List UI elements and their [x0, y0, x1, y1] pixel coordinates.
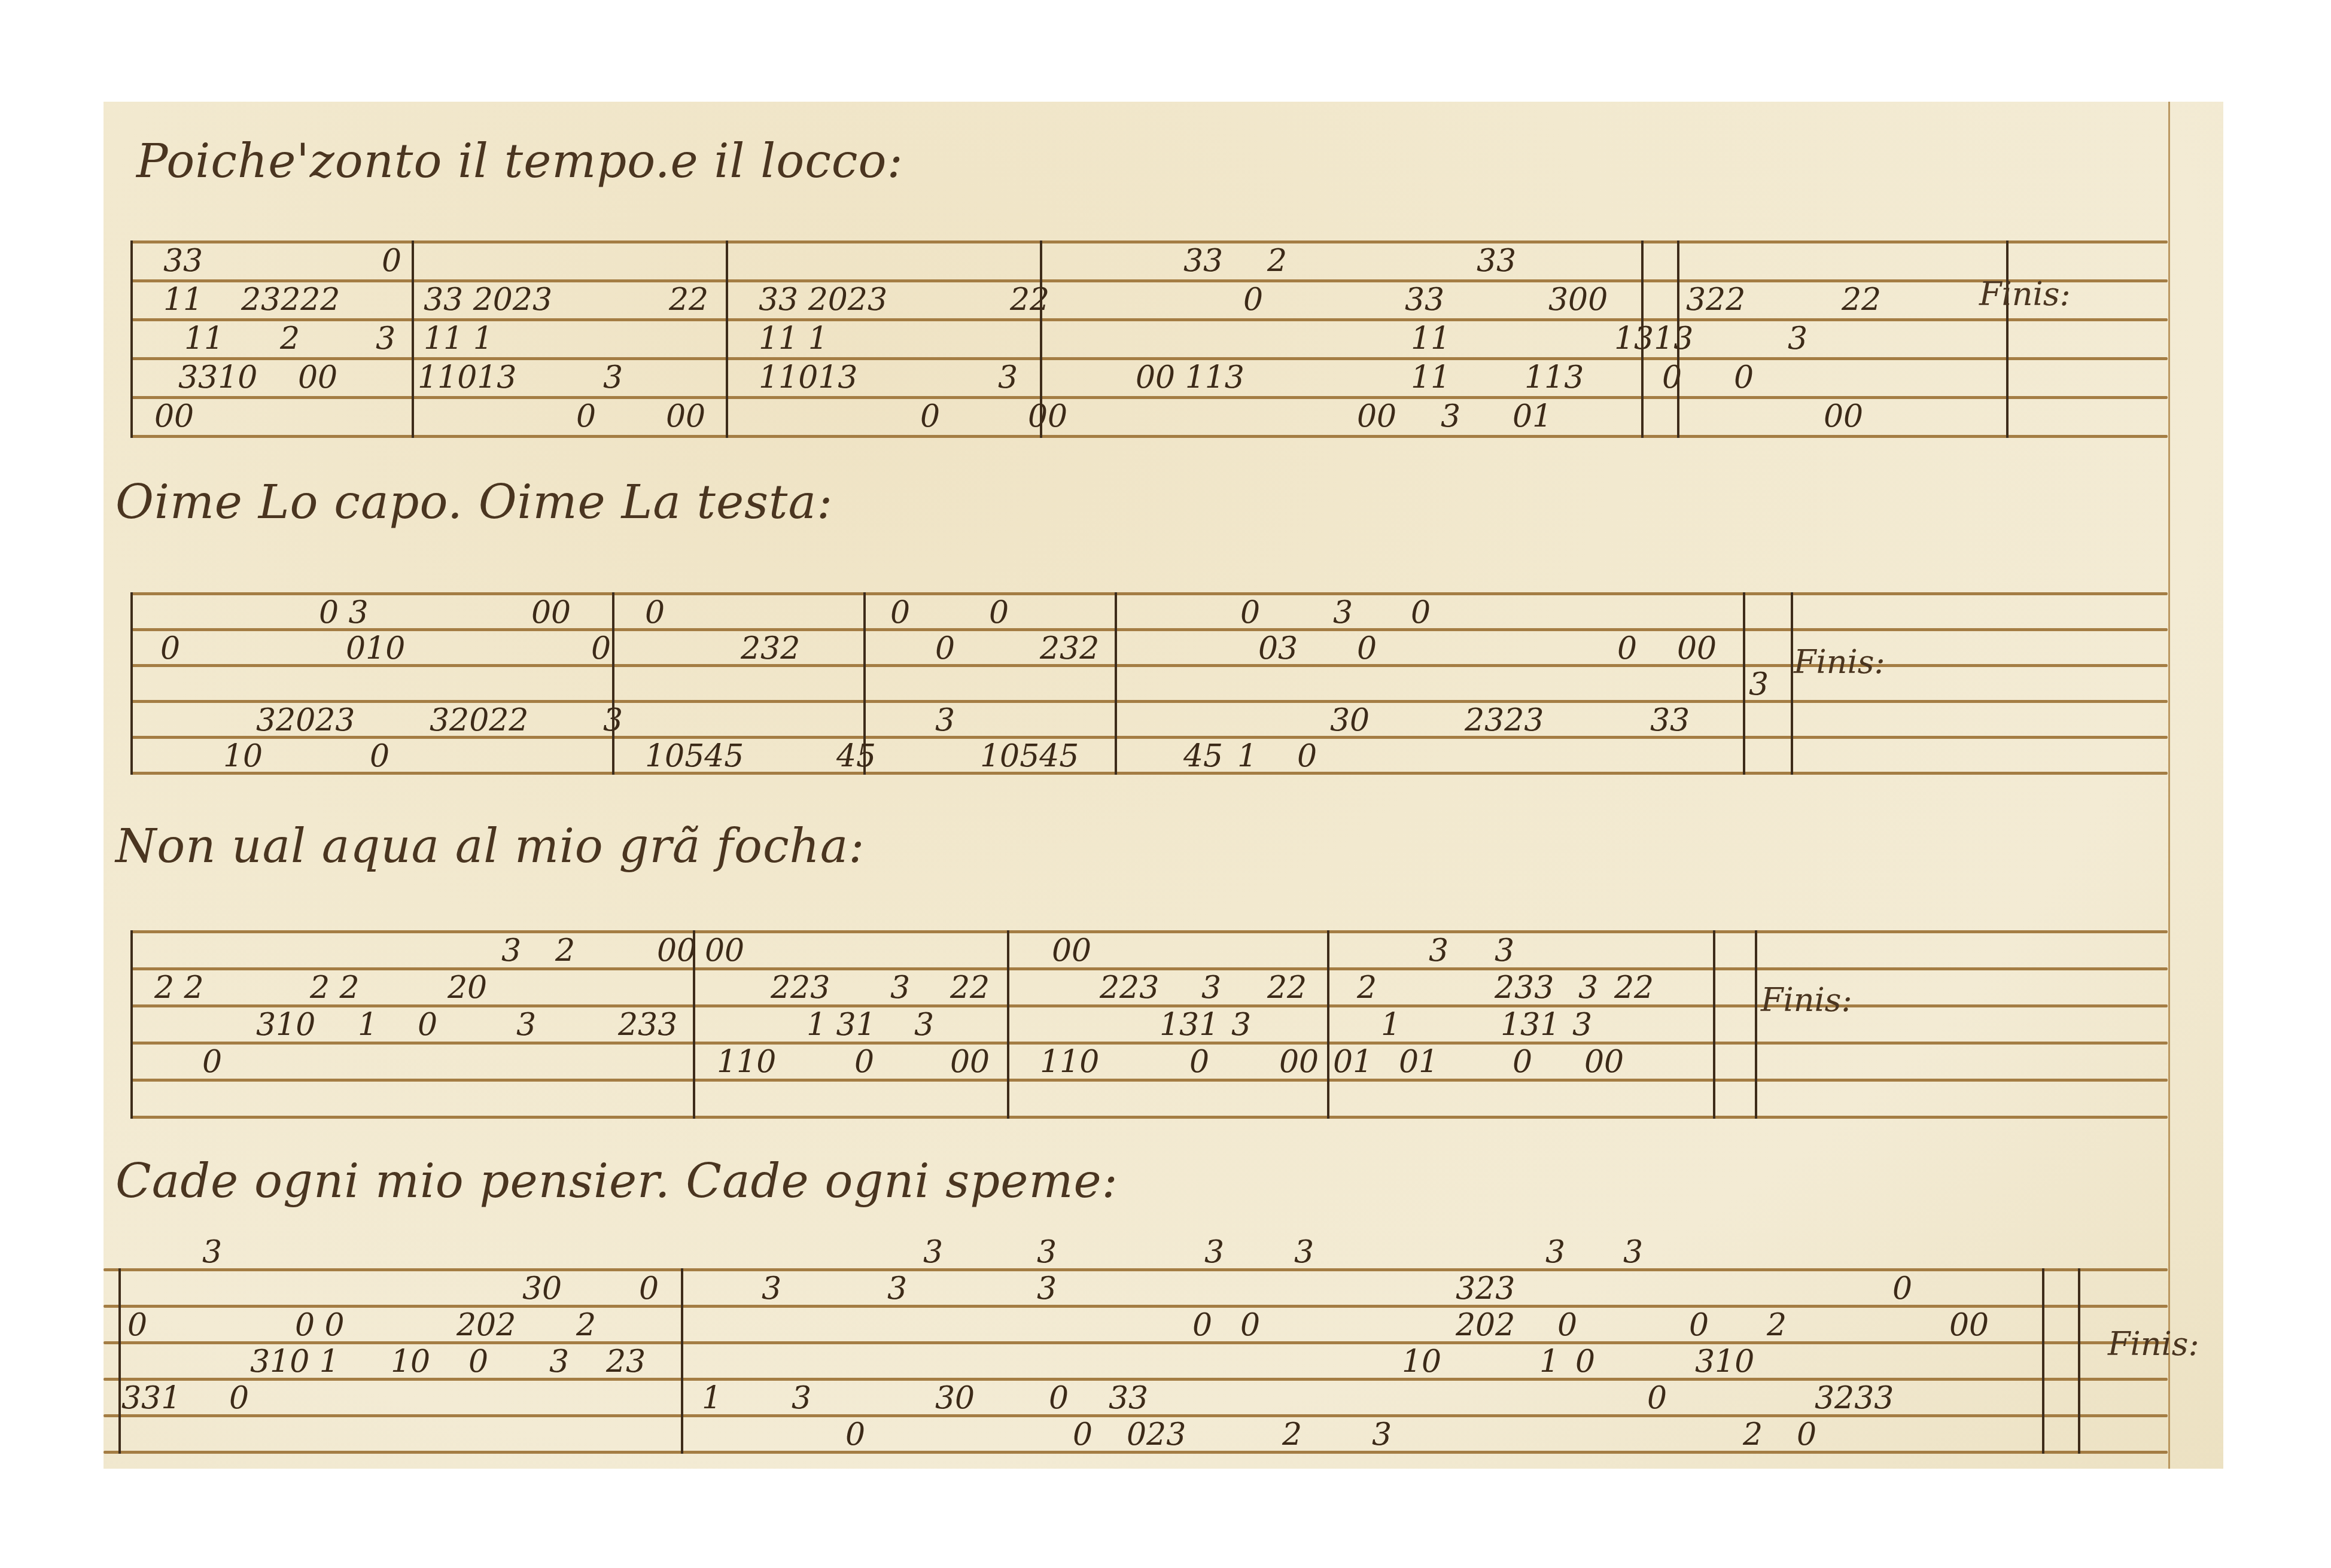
tablature-fret-number: 3	[935, 705, 955, 736]
tablature-fret-number: 010	[346, 633, 405, 664]
tablature-fret-number: 33 2023	[759, 284, 887, 315]
tablature-fret-number: 3	[1545, 1237, 1565, 1268]
tablature-fret-number: 0	[1192, 1310, 1212, 1341]
tablature-fret-number: 3	[914, 1009, 934, 1040]
tablature-fret-number: 0	[1892, 1273, 1912, 1304]
tablature-fret-number: 0	[1557, 1310, 1577, 1341]
tablature-fret-number: 0	[1734, 362, 1754, 393]
tablature-fret-number: 0	[1513, 1046, 1532, 1077]
barline	[2042, 1268, 2044, 1454]
tablature-fret-number: 0	[1617, 633, 1637, 664]
tablature-fret-number: 11013	[759, 362, 857, 393]
tablature-fret-number: 23	[606, 1346, 646, 1377]
tablature-fret-number: 3	[1495, 935, 1514, 966]
tablature-fret-number: 0	[160, 633, 180, 664]
barline	[130, 240, 133, 438]
staff-line	[130, 592, 2168, 595]
manuscript-page: Poiche'zonto il tempo.e il locco: Oime L…	[104, 102, 2223, 1469]
tablature-fret-number: 3	[998, 362, 1018, 393]
tablature-fret-number: 2323	[1465, 705, 1544, 736]
barline	[118, 1268, 121, 1454]
tablature-fret-number: 11 1	[424, 323, 493, 354]
tablature-fret-number: 113	[1524, 362, 1584, 393]
tablature-fret-number: 3	[202, 1237, 222, 1268]
tablature-fret-number: 10	[391, 1346, 430, 1377]
tablature-fret-number: 20	[448, 972, 487, 1003]
tablature-fret-number: 3310	[178, 362, 257, 393]
tablature-fret-number: 0	[645, 597, 665, 628]
tablature-fret-number: 3	[1372, 1419, 1392, 1450]
tablature-fret-number: 223	[1100, 972, 1159, 1003]
barline	[130, 592, 133, 775]
barline	[412, 240, 414, 438]
barline	[1327, 930, 1329, 1119]
tablature-fret-number: 30	[522, 1273, 562, 1304]
tablature-fret-number: 0	[1243, 284, 1263, 315]
tablature-fret-number: 131	[1160, 1009, 1219, 1040]
tablature-fret-number: 1313	[1614, 323, 1693, 354]
tablature-fret-number: 1	[1381, 1009, 1401, 1040]
tablature-fret-number: 233	[618, 1009, 677, 1040]
tablature-fret-number: 323	[1456, 1273, 1515, 1304]
tablature-fret-number: 0	[1049, 1383, 1069, 1414]
tablature-fret-number: 00	[1279, 1046, 1319, 1077]
tablature-fret-number: 00	[154, 401, 194, 432]
tablature-fret-number: 3	[549, 1346, 569, 1377]
tablature-fret-number: 22	[950, 972, 990, 1003]
tablature-fret-number: 0	[1240, 597, 1260, 628]
tablature-fret-number: 310 1	[250, 1346, 339, 1377]
tablature-fret-number: 11	[163, 284, 203, 315]
tablature-fret-number: 0	[1662, 362, 1682, 393]
tablature-fret-number: 0	[845, 1419, 865, 1450]
tablature-fret-number: 202	[457, 1310, 516, 1341]
tablature-fret-number: 0	[1575, 1346, 1595, 1377]
tablature-fret-number: 0	[989, 597, 1009, 628]
piece-title-4: Cade ogni mio pensier. Cade ogni speme:	[115, 1155, 1118, 1208]
tablature-fret-number: 01	[1399, 1046, 1438, 1077]
tablature-fret-number: 0	[229, 1383, 249, 1414]
barline	[681, 1268, 683, 1454]
tablature-fret-number: 00	[531, 597, 571, 628]
staff-line	[130, 435, 2168, 438]
tablature-fret-number: 3	[603, 705, 623, 736]
tablature-fret-number: 00	[666, 401, 705, 432]
tablature-fret-number: 0	[382, 245, 401, 276]
tablature-fret-number: 01	[1333, 1046, 1373, 1077]
tablature-fret-number: 0	[591, 633, 611, 664]
tablature-fret-number: 2	[1767, 1310, 1787, 1341]
tablature-fret-number: 3	[1201, 972, 1221, 1003]
tablature-fret-number: 00	[1949, 1310, 1989, 1341]
tablature-fret-number: 2	[1267, 245, 1287, 276]
barline	[1755, 930, 1757, 1119]
tablature-fret-number: 023	[1127, 1419, 1186, 1450]
tablature-fret-number: 22	[1267, 972, 1307, 1003]
piece-title-1: Poiche'zonto il tempo.e il locco:	[136, 135, 903, 188]
barline	[1791, 592, 1793, 775]
tablature-fret-number: 2	[1357, 972, 1377, 1003]
tablature-fret-number: 10	[223, 741, 263, 772]
tablature-fret-number: 0	[890, 597, 910, 628]
staff-line	[130, 1116, 2168, 1119]
tablature-fret-number: 01	[1513, 401, 1552, 432]
tablature-fret-number: 3	[1037, 1237, 1057, 1268]
tablature-fret-number: 22	[1842, 284, 1881, 315]
tablature-fret-number: 3	[1333, 597, 1353, 628]
tablature-fret-number: 10	[1402, 1346, 1441, 1377]
barline	[612, 592, 614, 775]
tablature-fret-number: 3	[887, 1273, 907, 1304]
staff-line	[130, 930, 2168, 933]
tablature-fret-number: 0 3	[319, 597, 369, 628]
tablature-fret-number: 0 0	[295, 1310, 345, 1341]
finis-mark-3: Finis:	[1761, 981, 1852, 1019]
tablature-fret-number: 0	[1297, 741, 1317, 772]
tablature-fret-number: 0	[1240, 1310, 1260, 1341]
barline	[1743, 592, 1745, 775]
tablature-fret-number: 2	[576, 1310, 596, 1341]
tablature-fret-number: 11	[1411, 362, 1450, 393]
tablature-fret-number: 331	[121, 1383, 181, 1414]
tablature-fret-number: 3	[1788, 323, 1807, 354]
tablature-fret-number: 10545	[980, 741, 1079, 772]
tablature-fret-number: 0	[576, 401, 596, 432]
tablature-fret-number: 32023	[256, 705, 355, 736]
tablature-fret-number: 0	[1797, 1419, 1816, 1450]
tablature-fret-number: 3	[1749, 669, 1769, 700]
tablature-fret-number: 1	[1237, 741, 1257, 772]
tablature-fret-number: 202	[1456, 1310, 1515, 1341]
tablature-fret-number: 131	[1501, 1009, 1560, 1040]
staff-line	[130, 240, 2168, 243]
barline	[2006, 240, 2009, 438]
tablature-fret-number: 32022	[430, 705, 528, 736]
tablature-fret-number: 2 2	[154, 972, 204, 1003]
tablature-fret-number: 0	[935, 633, 955, 664]
tablature-fret-number: 33	[1477, 245, 1516, 276]
tablature-fret-number: 33	[1650, 705, 1690, 736]
tablature-fret-number: 22	[669, 284, 708, 315]
staff-line	[130, 628, 2168, 631]
barline	[1007, 930, 1009, 1119]
tablature-fret-number: 30	[1330, 705, 1370, 736]
staff-line	[130, 1079, 2168, 1082]
tablature-fret-number: 3	[501, 935, 521, 966]
tablature-fret-number: 0	[1357, 633, 1377, 664]
tablature-fret-number: 11	[184, 323, 224, 354]
tablature-fret-number: 30	[935, 1383, 975, 1414]
tablature-fret-number: 0	[1411, 597, 1431, 628]
tablature-fret-number: 0	[1647, 1383, 1667, 1414]
tablature-fret-number: 232	[741, 633, 800, 664]
tablature-fret-number: 0	[1189, 1046, 1209, 1077]
tablature-fret-number: 2	[555, 935, 575, 966]
barline	[130, 930, 133, 1119]
tablature-fret-number: 11	[1411, 323, 1450, 354]
barline	[726, 240, 728, 438]
tablature-fret-number: 3	[1572, 1009, 1592, 1040]
tablature-fret-number: 110	[1040, 1046, 1099, 1077]
tablature-fret-number: 300	[1548, 284, 1608, 315]
piece-title-3: Non ual aqua al mio grã focha:	[115, 820, 865, 873]
tablature-fret-number: 233	[1495, 972, 1554, 1003]
tablature-fret-number: 00	[1052, 935, 1091, 966]
tablature-fret-number: 3	[762, 1273, 781, 1304]
tablature-fret-number: 22	[1614, 972, 1654, 1003]
tablature-fret-number: 11 1	[759, 323, 828, 354]
tablature-fret-number: 33	[1109, 1383, 1148, 1414]
tablature-fret-number: 1	[702, 1383, 722, 1414]
right-margin-rule	[2168, 102, 2170, 1469]
tablature-fret-number: 310	[256, 1009, 315, 1040]
tablature-fret-number: 10545	[645, 741, 744, 772]
tablature-fret-number: 0	[1073, 1419, 1093, 1450]
tablature-fret-number: 0	[639, 1273, 659, 1304]
tablature-fret-number: 00	[1028, 401, 1067, 432]
tablature-fret-number: 232	[1040, 633, 1099, 664]
barline	[2078, 1268, 2080, 1454]
tablature-fret-number: 00	[1357, 401, 1396, 432]
staff-line	[130, 772, 2168, 775]
tablature-fret-number: 3	[1623, 1237, 1643, 1268]
tablature-fret-number: 2	[1282, 1419, 1302, 1450]
tablature-fret-number: 03	[1258, 633, 1298, 664]
tablature-fret-number: 11013	[418, 362, 516, 393]
tablature-fret-number: 23222	[241, 284, 340, 315]
tablature-fret-number: 0	[127, 1310, 147, 1341]
tablature-fret-number: 3	[516, 1009, 536, 1040]
finis-mark-4: Finis:	[2108, 1325, 2199, 1363]
barline	[1713, 930, 1715, 1119]
tablature-fret-number: 2 2	[310, 972, 360, 1003]
tablature-fret-number: 322	[1686, 284, 1745, 315]
tablature-fret-number: 0	[370, 741, 389, 772]
tablature-fret-number: 3	[1578, 972, 1598, 1003]
tablature-fret-number: 3	[376, 323, 395, 354]
tablature-fret-number: 3	[1294, 1237, 1314, 1268]
tablature-fret-number: 33	[1405, 284, 1444, 315]
tablature-fret-number: 3233	[1815, 1383, 1894, 1414]
tablature-fret-number: 00	[657, 935, 696, 966]
tablature-fret-number: 3	[1429, 935, 1448, 966]
tablature-fret-number: 3	[1204, 1237, 1224, 1268]
tablature-fret-number: 22	[1010, 284, 1049, 315]
staff-line	[104, 1305, 2168, 1308]
tablature-fret-number: 0	[1689, 1310, 1709, 1341]
tablature-fret-number: 00	[705, 935, 744, 966]
barline	[1115, 592, 1117, 775]
tablature-fret-number: 00 113	[1136, 362, 1244, 393]
tablature-fret-number: 0	[854, 1046, 874, 1077]
tablature-fret-number: 110	[717, 1046, 776, 1077]
piece-title-2: Oime Lo capo. Oime La testa:	[115, 476, 833, 529]
tablature-fret-number: 33	[1183, 245, 1223, 276]
tablature-fret-number: 2	[1743, 1419, 1763, 1450]
tablature-fret-number: 45	[1183, 741, 1223, 772]
tablature-fret-number: 00	[1584, 1046, 1624, 1077]
staff-line	[104, 1268, 2168, 1271]
finis-mark-1: Finis:	[1979, 275, 2071, 313]
tablature-fret-number: 223	[771, 972, 830, 1003]
tablature-fret-number: 0	[920, 401, 940, 432]
finis-mark-2: Finis:	[1794, 643, 1885, 681]
tablature-fret-number: 00	[1677, 633, 1717, 664]
tablature-fret-number: 33	[163, 245, 203, 276]
tablature-fret-number: 2	[280, 323, 300, 354]
tablature-fret-number: 00	[950, 1046, 990, 1077]
tablature-fret-number: 3	[1231, 1009, 1251, 1040]
tablature-fret-number: 3	[923, 1237, 943, 1268]
tablature-fret-number: 3	[603, 362, 623, 393]
tablature-fret-number: 1	[358, 1009, 378, 1040]
tablature-fret-number: 3	[1441, 401, 1460, 432]
tablature-fret-number: 3	[890, 972, 910, 1003]
tablature-fret-number: 3	[1037, 1273, 1057, 1304]
tablature-fret-number: 310	[1695, 1346, 1754, 1377]
tablature-fret-number: 00	[1824, 401, 1863, 432]
tablature-fret-number: 3	[792, 1383, 811, 1414]
tablature-fret-number: 0	[202, 1046, 222, 1077]
tablature-fret-number: 1	[1539, 1346, 1559, 1377]
tablature-fret-number: 45	[836, 741, 876, 772]
tablature-fret-number: 1 31	[807, 1009, 876, 1040]
tablature-fret-number: 0	[418, 1009, 437, 1040]
tablature-fret-number: 00	[298, 362, 337, 393]
tablature-fret-number: 0	[468, 1346, 488, 1377]
tablature-fret-number: 33 2023	[424, 284, 552, 315]
